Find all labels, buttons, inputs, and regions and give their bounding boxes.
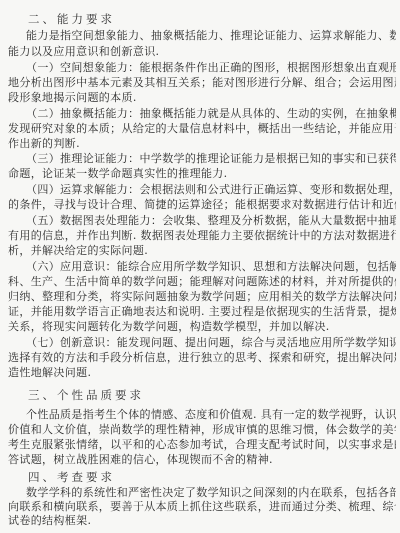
paragraph-line: 归纳、整理和分类，将实际问题抽象为数学问题；应用相关的数学方法解决问题并加以验: [8, 290, 396, 304]
paragraph-line: （一）空间想象能力：能根据条件作出正确的图形，根据图形想象出直观形象；能正确: [26, 61, 396, 75]
paragraph-line: （七）创新意识：能发现问题、提出问题，综合与灵活地应用所学数学知识、思想方法，: [26, 336, 396, 350]
paragraph-line: 有用的信息，并作出判断. 数据图表处理能力主要依据统计中的方法对数据进行整理、分: [8, 229, 396, 243]
paragraph-line: 地分析出图形中基本元素及其相互关系；能对图形进行分解、组合；会运用图形与图表等手: [8, 76, 396, 90]
paragraph-line: 能力以及应用意识和创新意识.: [8, 45, 396, 59]
paragraph-line: 价值和人文价值，崇尚数学的理性精神，形成审慎的思维习惯，体会数学的美学意义要求.: [8, 423, 396, 437]
paragraph-line: 试卷的结构框架.: [8, 514, 396, 528]
paragraph-line: 段形象地揭示问题的本质.: [8, 91, 396, 105]
paragraph-line: 能力是指空间想象能力、抽象概括能力、推理论证能力、运算求解能力、数据图表处理: [26, 29, 396, 43]
paragraph-line: （二）抽象概括能力：抽象概括能力就是从具体的、生动的实例，在抽象概括的过程中，: [26, 107, 396, 121]
paragraph-line: （四）运算求解能力：会根据法则和公式进行正确运算、变形和数据处理，能根据问题: [26, 183, 396, 197]
section-heading-ability: 二、能力要求: [28, 12, 115, 26]
paragraph-line: 发现研究对象的本质；从给定的大量信息材料中，概括出一些结论，并能应用于解决问题或: [8, 122, 396, 136]
paragraph-line: 科、生产、生活中简单的数学问题；能理解对问题陈述的材料，并对所提供的信息资料进行: [8, 275, 396, 289]
paragraph-line: 证，并能用数学语言正确地表达和说明. 主要过程是依据现实的生活背景，提炼相关的数…: [8, 305, 396, 319]
section-heading-personality: 三、个性品质要求: [28, 388, 144, 402]
paragraph-line: 析，并解决给定的实际问题.: [8, 244, 396, 258]
paragraph-line: （五）数据图表处理能力：会收集、整理及分析数据，能从大量数据中抽取对研究问题: [26, 214, 396, 228]
paragraph-line: 造性地解决问题.: [8, 366, 396, 380]
section-heading-assessment: 四、考查要求: [28, 470, 115, 484]
paragraph-line: 答试题，树立战胜困难的信心，体现锲而不舍的精神.: [8, 453, 396, 467]
paragraph-line: 数学学科的系统性和严密性决定了数学知识之间深刻的内在联系，包括各部分知识的纵: [26, 486, 396, 500]
paragraph-line: 关系，将现实问题转化为数学问题，构造数学模型，并加以解决.: [8, 320, 396, 334]
paragraph-line: （三）推理论证能力：中学数学的推理论证能力是根据已知的事实和已获得的正确数学: [26, 152, 396, 166]
paragraph-line: （六）应用意识：能综合应用所学数学知识、思想和方法解决问题，包括解决在相关学: [26, 260, 396, 274]
paragraph-line: 个性品质是指考生个体的情感、态度和价值观. 具有一定的数学视野，认识数学的科学: [26, 408, 396, 422]
paragraph-line: 选择有效的方法和手段分析信息，进行独立的思考、探索和研究，提出解决问题的思路，创: [8, 351, 396, 365]
paragraph-line: 命题，论证某一数学命题真实性的推理能力.: [8, 167, 396, 181]
paragraph-line: 考生克服紧张情绪，以平和的心态参加考试，合理支配考试时间，以实事求是的科学态度解: [8, 438, 396, 452]
paragraph-line: 的条件，寻找与设计合理、简捷的运算途径；能根据要求对数据进行估计和近似计算.: [8, 198, 396, 212]
paragraph-line: 向联系和横向联系，要善于从本质上抓住这些联系，进而通过分类、梳理、综合，构建数学: [8, 500, 396, 514]
paragraph-line: 作出新的判断.: [8, 137, 396, 151]
document-page: 二、能力要求 能力是指空间想象能力、抽象概括能力、推理论证能力、运算求解能力、数…: [0, 0, 400, 533]
